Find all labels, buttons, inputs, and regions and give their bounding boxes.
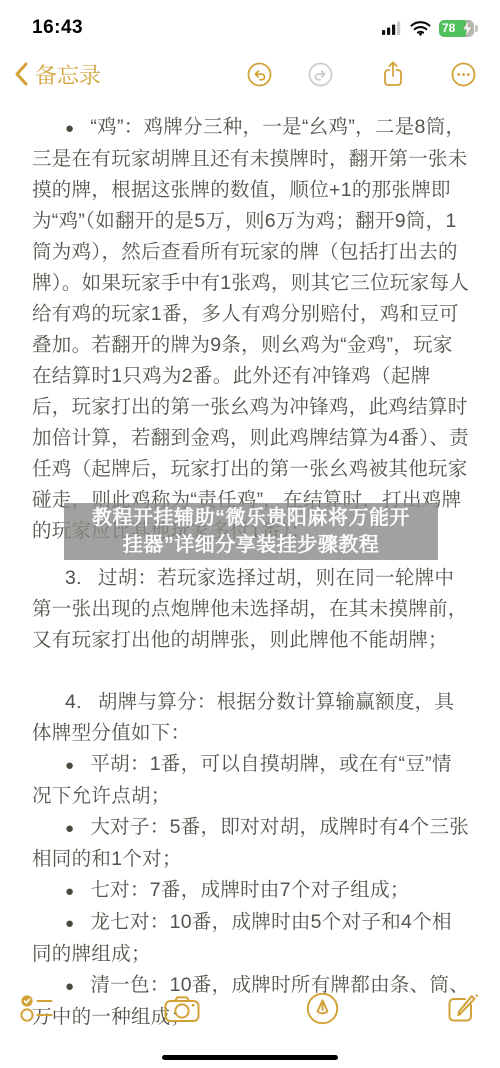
clock: 16:43 bbox=[32, 17, 83, 39]
markup-button[interactable] bbox=[306, 992, 339, 1025]
paragraph-text: 胡牌与算分：根据分数计算输赢额度，具体牌型分值如下： bbox=[32, 691, 454, 744]
paragraph-text: 过胡：若玩家选择过胡，则在同一轮牌中第一张出现的点炮牌他未选择胡，在其未摸牌前，… bbox=[32, 567, 468, 651]
status-bar: 16:43 78 bbox=[0, 0, 500, 46]
compose-button[interactable] bbox=[446, 992, 480, 1025]
undo-button[interactable] bbox=[247, 62, 272, 87]
note-paragraph: ●七对：7番，成牌时由7个对子组成； bbox=[32, 875, 470, 907]
back-button[interactable]: 备忘录 bbox=[14, 59, 101, 90]
spam-overlay-banner[interactable]: 教程开挂辅助“微乐贵阳麻将万能开 挂器”详细分享装挂步骤教程 bbox=[64, 503, 438, 560]
paragraph-text: 七对：7番，成牌时由7个对子组成； bbox=[90, 879, 409, 901]
nav-bar: 备忘录 bbox=[0, 46, 500, 98]
back-label: 备忘录 bbox=[35, 59, 101, 90]
paragraph-text: 平胡：1番，可以自摸胡牌，或在有“豆”情况下允许点胡； bbox=[32, 753, 452, 807]
paragraph-text: 大对子：5番，即对对胡，成牌时有4个三张相同的和1个对； bbox=[32, 816, 469, 870]
note-paragraph: ●大对子：5番，即对对胡，成牌时有4个三张相同的和1个对； bbox=[32, 812, 470, 875]
note-body[interactable]: ●“鸡”：鸡牌分三种，一是“幺鸡”，二是8筒，三是在有玩家胡牌且还有未摸牌时，翻… bbox=[0, 112, 500, 1033]
home-indicator[interactable] bbox=[162, 1055, 338, 1060]
more-options-button[interactable] bbox=[451, 62, 476, 87]
note-paragraph: 3.过胡：若玩家选择过胡，则在同一轮牌中第一张出现的点炮牌他未选择胡，在其未摸牌… bbox=[32, 563, 470, 656]
share-button[interactable] bbox=[381, 60, 405, 88]
note-paragraph: ●平胡：1番，可以自摸胡牌，或在有“豆”情况下允许点胡； bbox=[32, 749, 470, 812]
camera-button[interactable] bbox=[164, 994, 200, 1023]
cellular-signal-icon bbox=[382, 21, 402, 35]
paragraph-text: “鸡”：鸡牌分三种，一是“幺鸡”，二是8筒，三是在有玩家胡牌且还有未摸牌时，翻开… bbox=[32, 116, 469, 542]
bottom-toolbar bbox=[0, 972, 500, 1044]
wifi-icon bbox=[410, 21, 431, 36]
note-paragraph: 4.胡牌与算分：根据分数计算输赢额度，具体牌型分值如下： bbox=[32, 687, 470, 749]
note-paragraph: ●“鸡”：鸡牌分三种，一是“幺鸡”，二是8筒，三是在有玩家胡牌且还有未摸牌时，翻… bbox=[32, 112, 470, 547]
battery-indicator: 78 bbox=[439, 20, 474, 37]
banner-line2: 挂器”详细分享装挂步骤教程 bbox=[64, 532, 438, 559]
banner-line1: 教程开挂辅助“微乐贵阳麻将万能开 bbox=[64, 505, 438, 532]
charging-bolt-icon bbox=[462, 20, 473, 37]
note-paragraph: ●龙七对：10番，成牌时由5个对子和4个相同的牌组成； bbox=[32, 907, 470, 970]
paragraph-text: 龙七对：10番，成牌时由5个对子和4个相同的牌组成； bbox=[32, 911, 452, 965]
battery-percent: 78 bbox=[442, 21, 455, 35]
chevron-left-icon bbox=[14, 62, 28, 86]
redo-button bbox=[308, 62, 333, 87]
checklist-button[interactable] bbox=[20, 993, 57, 1023]
